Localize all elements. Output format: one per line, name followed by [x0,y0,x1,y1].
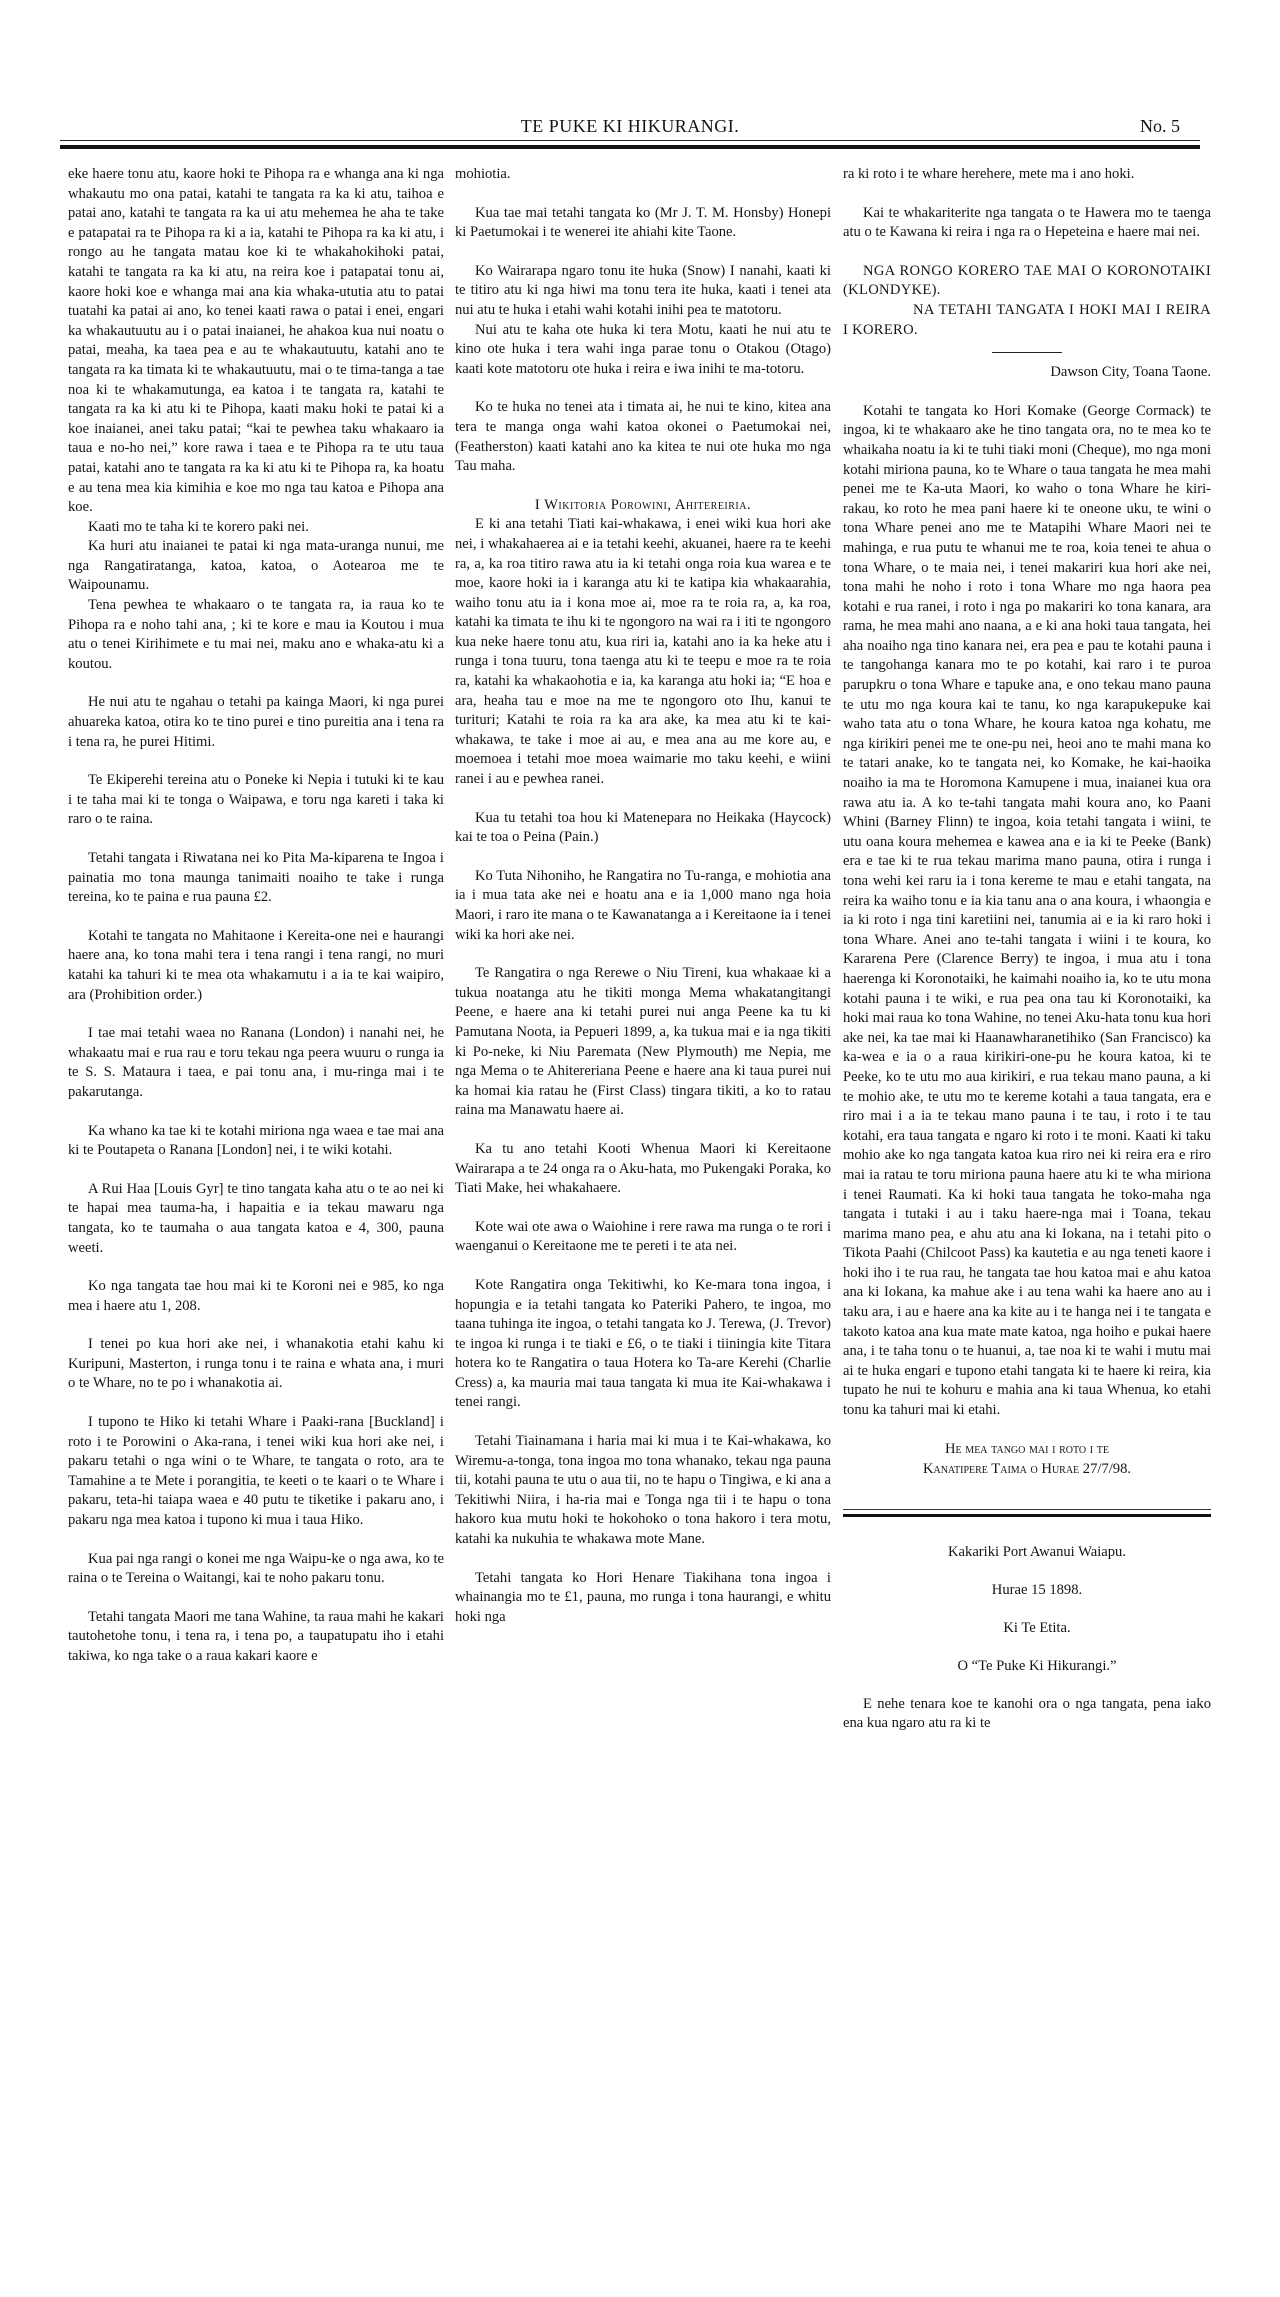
article-paragraph: mohiotia. [455,165,831,185]
news-item: Ko Tuta Nihoniho, he Rangatira no Tu-ran… [455,867,831,945]
dateline: Dawson City, Toana Taone. [843,363,1211,383]
section-divider [843,1509,1211,1517]
news-item: Ko te huka no tenei ata i timata ai, he … [455,398,831,476]
news-item: Kai te whakariterite nga tangata o te Ha… [843,204,1211,243]
letter-paper-name: O “Te Puke Ki Hikurangi.” [843,1657,1211,1676]
column-3: ra ki roto i te whare herehere, mete ma … [843,165,1211,1734]
article-headline: Nga rongo korero tae mai o Koronotaiki (… [843,262,1211,301]
news-item: Kote Rangatira onga Tekitiwhi, ko Ke-mar… [455,1276,831,1413]
divider-thin [843,1509,1211,1510]
news-item: Ko nga tangata tae hou mai ki te Koroni … [68,1277,444,1316]
news-item: Tetahi tangata i Riwatana nei ko Pita Ma… [68,849,444,908]
news-item: Kua tu tetahi toa hou ki Matenepara no H… [455,809,831,848]
article-body: Kotahi te tangata ko Hori Komake (George… [843,402,1211,1421]
news-item: I tenei po kua hori ake nei, i whanakoti… [68,1335,444,1394]
news-item: Kua pai nga rangi o konei me nga Waipu-k… [68,1550,444,1589]
article-paragraph: eke haere tonu atu, kaore hoki te Pihopa… [68,165,444,518]
news-item: Ka tu ano tetahi Kooti Whenua Maori ki K… [455,1140,831,1199]
column-1: eke haere tonu atu, kaore hoki te Pihopa… [68,165,444,1686]
letter-address: Kakariki Port Awanui Waiapu. [843,1543,1211,1562]
letter-recipient: Ki Te Etita. [843,1619,1211,1638]
letter-date: Hurae 15 1898. [843,1581,1211,1600]
article-paragraph: Tena pewhea te whakaaro o te tangata ra,… [68,596,444,674]
source-credit-line-2: Kanatipere Taima o Hurae 27/7/98. [843,1459,1211,1479]
news-item: Kua tae mai tetahi tangata ko (Mr J. T. … [455,204,831,243]
issue-number: No. 5 [1140,116,1180,137]
masthead-rule-thin [60,140,1200,141]
news-item: E ki ana tetahi Tiati kai-whakawa, i ene… [455,515,831,789]
article-paragraph: Kaati mo te taha ki te korero paki nei. [68,518,444,538]
newspaper-title: TE PUKE KI HIKURANGI. [60,116,1200,137]
divider-thick [843,1514,1211,1517]
column-2: mohiotia. Kua tae mai tetahi tangata ko … [455,165,831,1646]
news-item: Kote wai ote awa o Waiohine i rere rawa … [455,1218,831,1257]
news-item: Te Ekiperehi tereina atu o Poneke ki Nep… [68,771,444,830]
section-subhead: I Wikitoria Porowini, Ahitereiria. [455,496,831,516]
masthead-bar: TE PUKE KI HIKURANGI. No. 5 [60,116,1200,146]
headline-rule [992,352,1062,353]
news-item: Nui atu te kaha ote huka ki tera Motu, k… [455,321,831,380]
news-item: Kotahi te tangata no Mahitaone i Kereita… [68,927,444,1005]
source-credit-line-1: He mea tango mai i roto i te [843,1439,1211,1459]
news-item: A Rui Haa [Louis Gyr] te tino tangata ka… [68,1180,444,1258]
news-item: He nui atu te ngahau o tetahi pa kainga … [68,693,444,752]
letter-body: E nehe tenara koe te kanohi ora o nga ta… [843,1695,1211,1734]
masthead-rule-thick [60,145,1200,149]
news-item: Ko Wairarapa ngaro tonu ite huka (Snow) … [455,262,831,321]
news-item: I tae mai tetahi waea no Ranana (London)… [68,1024,444,1102]
news-item: I tupono te Hiko ki tetahi Whare i Paaki… [68,1413,444,1531]
news-item: Tetahi Tiainamana i haria mai ki mua i t… [455,1432,831,1550]
article-paragraph: ra ki roto i te whare herehere, mete ma … [843,165,1211,185]
news-item: Ka whano ka tae ki te kotahi miriona nga… [68,1122,444,1161]
news-item: Tetahi tangata ko Hori Henare Tiakihana … [455,1569,831,1628]
news-item: Tetahi tangata Maori me tana Wahine, ta … [68,1608,444,1667]
article-paragraph: Ka huri atu inaianei te patai ki nga mat… [68,537,444,596]
news-item: Te Rangatira o nga Rerewe o Niu Tireni, … [455,964,831,1121]
article-headline-sub: Na tetahi tangata i hoki mai i reira i k… [843,301,1211,340]
source-credit: He mea tango mai i roto i te Kanatipere … [843,1439,1211,1479]
